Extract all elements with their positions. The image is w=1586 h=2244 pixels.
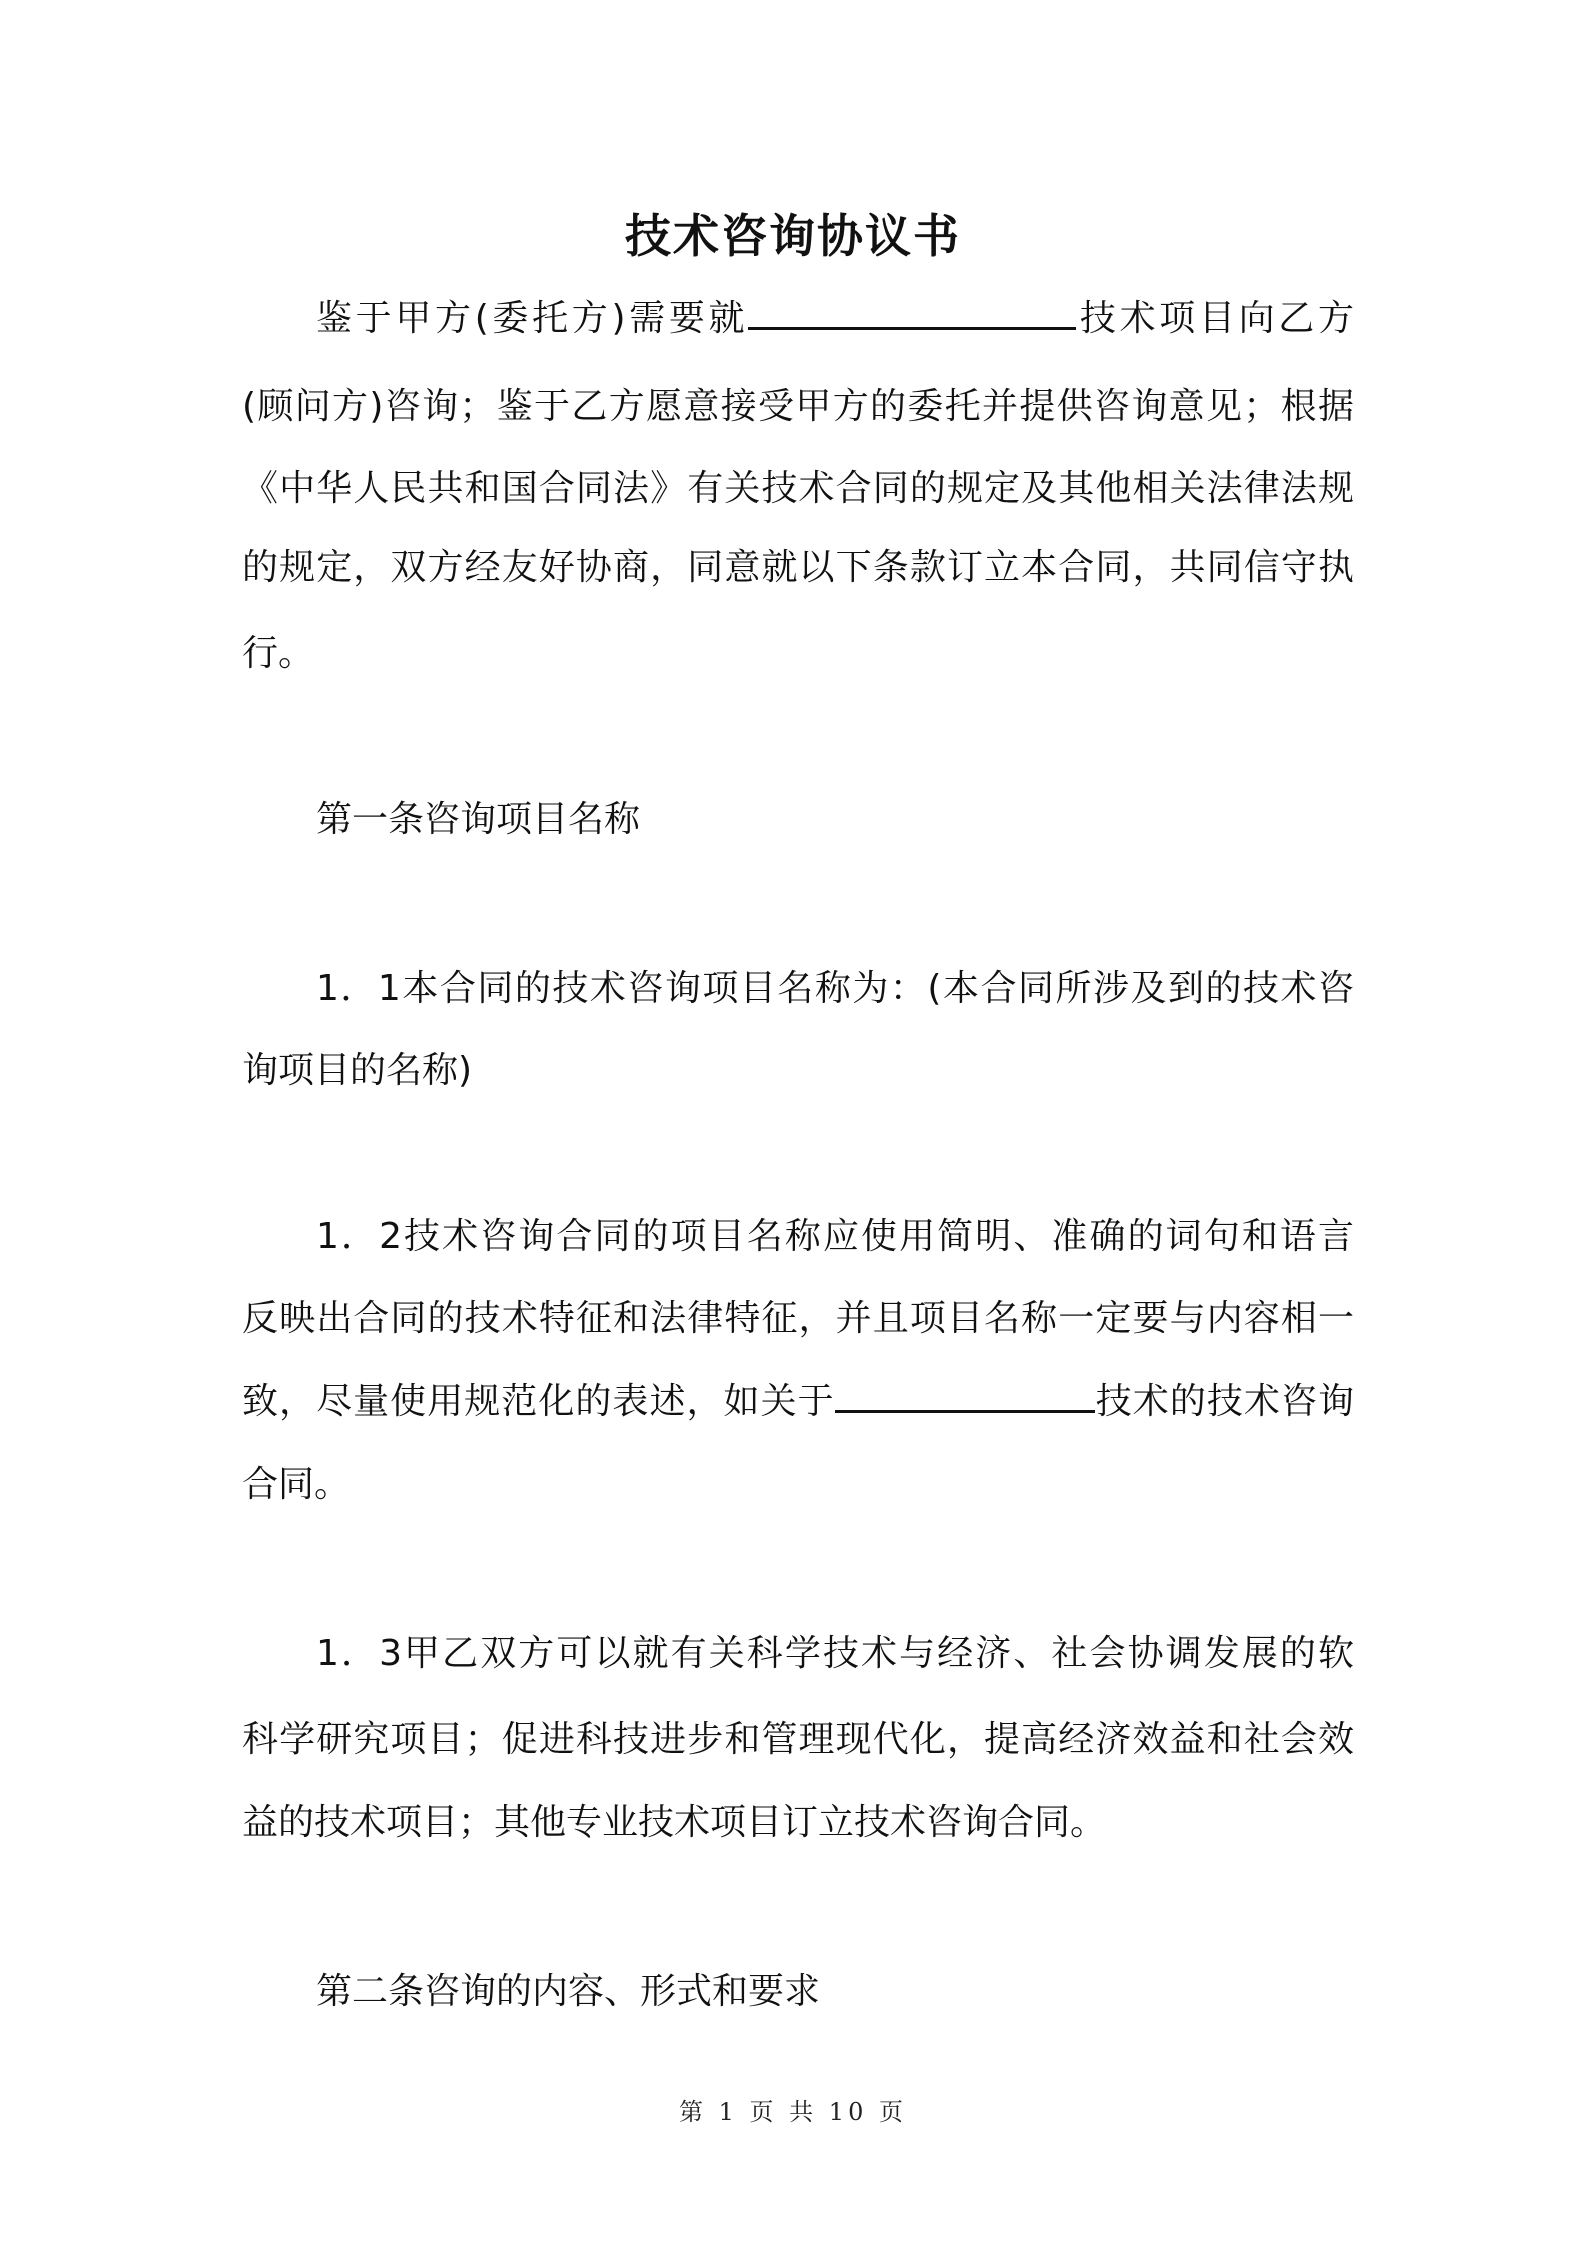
clause-1-2-line-1: 1．2技术咨询合同的项目名称应使用简明、准确的词句和语言 (316, 1215, 1354, 1259)
clause-1-3-line-1: 1．3甲乙双方可以就有关科学技术与经济、社会协调发展的软 (316, 1632, 1354, 1676)
document-page: 技术咨询协议书 鉴于甲方(委托方)需要就技术项目向乙方 (顾问方)咨询；鉴于乙方… (0, 0, 1586, 2244)
clause-1-2-line-2: 反映出合同的技术特征和法律特征，并且项目名称一定要与内容相一 (242, 1297, 1354, 1341)
clause-1-2-line-4: 合同。 (242, 1463, 1354, 1507)
clause-1-1-line-1: 1．1本合同的技术咨询项目名称为：(本合同所涉及到的技术咨 (316, 967, 1354, 1011)
clause-text: 技术的技术咨询 (1095, 1381, 1354, 1422)
technology-name-blank-field[interactable] (835, 1380, 1095, 1413)
clause-1-1-line-2: 询项目的名称) (242, 1049, 1354, 1093)
article-1-heading: 第一条咨询项目名称 (316, 798, 640, 842)
preamble-line-2: (顾问方)咨询；鉴于乙方愿意接受甲方的委托并提供咨询意见；根据 (242, 385, 1354, 429)
preamble-line-5: 行。 (242, 632, 1354, 676)
preamble-line-1: 鉴于甲方(委托方)需要就技术项目向乙方 (316, 297, 1354, 341)
project-name-blank-field[interactable] (748, 297, 1076, 330)
document-title: 技术咨询协议书 (0, 200, 1586, 266)
article-2-heading: 第二条咨询的内容、形式和要求 (316, 1970, 820, 2014)
preamble-text: 鉴于甲方(委托方)需要就 (316, 298, 748, 339)
preamble-line-4: 的规定，双方经友好协商，同意就以下条款订立本合同，共同信守执 (242, 546, 1354, 590)
preamble-line-3: 《中华人民共和国合同法》有关技术合同的规定及其他相关法律法规 (242, 467, 1354, 511)
clause-1-3-line-3: 益的技术项目；其他专业技术项目订立技术咨询合同。 (242, 1801, 1354, 1845)
page-number-footer: 第 1 页 共 10 页 (0, 2092, 1586, 2127)
clause-1-3-line-2: 科学研究项目；促进科技进步和管理现代化，提高经济效益和社会效 (242, 1718, 1354, 1762)
clause-1-2-line-3: 致，尽量使用规范化的表述，如关于技术的技术咨询 (242, 1380, 1354, 1424)
clause-text: 致，尽量使用规范化的表述，如关于 (242, 1381, 835, 1422)
preamble-text: 技术项目向乙方 (1076, 298, 1354, 339)
